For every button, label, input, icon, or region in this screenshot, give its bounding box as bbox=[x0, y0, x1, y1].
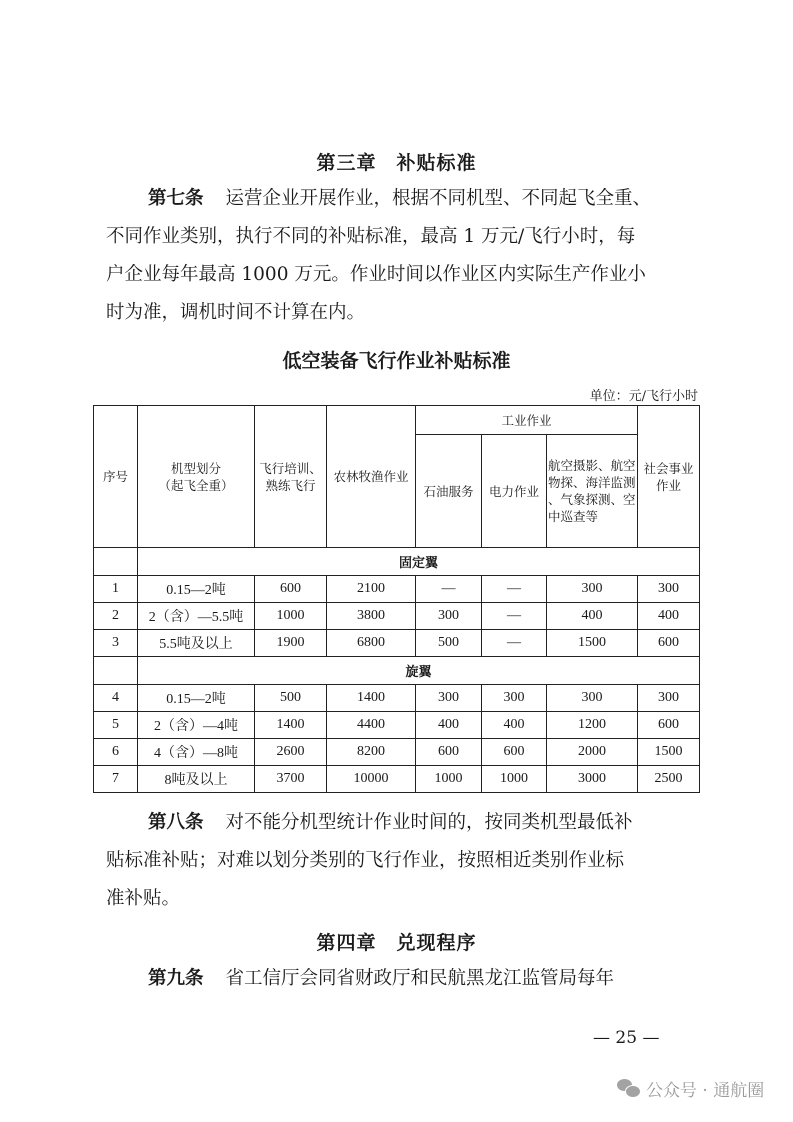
category-row-rotary-wing: 旋翼 bbox=[94, 657, 700, 685]
article-8-line-1: 第八条对不能分机型统计作业时间的，按同类机型最低补 bbox=[108, 804, 700, 842]
article-9-lead: 第九条 bbox=[148, 968, 204, 989]
header-seq: 序号 bbox=[94, 406, 138, 548]
subsidy-table: 序号 机型划分 （起飞全重） 飞行培训、 熟练飞行 农林牧渔作业 工业作业 社会… bbox=[93, 405, 700, 793]
table-row: 4 0.15—2吨 500 1400 300 300 300 300 bbox=[94, 685, 700, 712]
header-model: 机型划分 （起飞全重） bbox=[138, 406, 255, 548]
header-social: 社会事业 作业 bbox=[638, 406, 700, 548]
article-7-line-1: 第七条运营企业开展作业，根据不同机型、不同起飞全重、 bbox=[108, 180, 700, 218]
table-row: 7 8吨及以上 3700 10000 1000 1000 3000 2500 bbox=[94, 766, 700, 793]
header-industrial: 工业作业 bbox=[416, 406, 638, 435]
watermark: 公众号 · 通航圈 bbox=[617, 1076, 764, 1101]
article-7: 第七条运营企业开展作业，根据不同机型、不同起飞全重、 bbox=[108, 180, 700, 218]
article-8-line-3: 准补贴。 bbox=[106, 880, 700, 918]
header-aerial: 航空摄影、航空 物探、海洋监测 、气象探测、空 中巡查等 bbox=[547, 435, 638, 548]
wechat-icon bbox=[617, 1079, 641, 1099]
article-7-line-4: 时为准，调机时间不计算在内。 bbox=[106, 294, 700, 332]
table-title: 低空装备飞行作业补贴标准 bbox=[0, 346, 793, 373]
category-fixed-wing: 固定翼 bbox=[138, 548, 700, 576]
table-row: 5 2（含）—4吨 1400 4400 400 400 1200 600 bbox=[94, 712, 700, 739]
chapter-4-title: 第四章 兑现程序 bbox=[0, 928, 793, 955]
article-7-line-2: 不同作业类别，执行不同的补贴标准，最高 1 万元/飞行小时，每 bbox=[106, 218, 700, 256]
table-row: 3 5.5吨及以上 1900 6800 500 — 1500 600 bbox=[94, 630, 700, 657]
header-agri: 农林牧渔作业 bbox=[327, 406, 416, 548]
table-row: 6 4（含）—8吨 2600 8200 600 600 2000 1500 bbox=[94, 739, 700, 766]
header-training: 飞行培训、 熟练飞行 bbox=[255, 406, 327, 548]
article-7-lead: 第七条 bbox=[148, 188, 204, 209]
table-row: 1 0.15—2吨 600 2100 — — 300 300 bbox=[94, 576, 700, 603]
category-row-fixed-wing: 固定翼 bbox=[94, 548, 700, 576]
category-rotary-wing: 旋翼 bbox=[138, 657, 700, 685]
article-8-line-2: 贴标准补贴；对难以划分类别的飞行作业，按照相近类别作业标 bbox=[106, 842, 700, 880]
table-row: 2 2（含）—5.5吨 1000 3800 300 — 400 400 bbox=[94, 603, 700, 630]
chapter-3-title: 第三章 补贴标准 bbox=[0, 148, 793, 175]
header-power: 电力作业 bbox=[482, 435, 547, 548]
header-oil: 石油服务 bbox=[416, 435, 482, 548]
article-7-line-3: 户企业每年最高 1000 万元。作业时间以作业区内实际生产作业小 bbox=[106, 256, 700, 294]
unit-note: 单位：元/飞行小时 bbox=[590, 385, 698, 404]
article-9-line-1: 第九条省工信厅会同省财政厅和民航黑龙江监管局每年 bbox=[108, 960, 700, 998]
article-8-lead: 第八条 bbox=[148, 812, 204, 833]
